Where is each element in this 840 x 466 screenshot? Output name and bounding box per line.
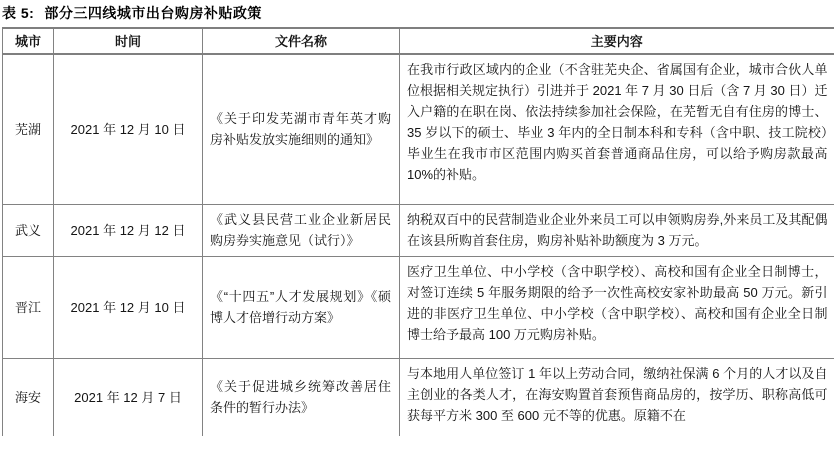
column-header-date: 时间	[54, 28, 203, 54]
content-cell: 纳税双百中的民营制造业企业外来员工可以申领购房券,外来员工及其配偶在该县所购首套…	[400, 204, 834, 256]
date-cell: 2021 年 12 月 10 日	[54, 54, 203, 204]
city-cell: 晋江	[3, 256, 54, 358]
table-title-text: 部分三四线城市出台购房补贴政策	[44, 5, 262, 21]
table-title: 表 5:部分三四线城市出台购房补贴政策	[2, 3, 262, 23]
column-header-content: 主要内容	[400, 28, 834, 54]
header-row: 城市 时间 文件名称 主要内容	[3, 28, 834, 54]
table-row-haian: 海安 2021 年 12 月 7 日 《关于促进城乡统筹改善居住条件的暂行办法》…	[3, 358, 834, 436]
content-cell: 与本地用人单位签订 1 年以上劳动合同，缴纳社保满 6 个月的人才以及自主创业的…	[400, 358, 834, 436]
column-header-city: 城市	[3, 28, 54, 54]
content-cell: 在我市行政区域内的企业（不含驻芜央企、省属国有企业，城市合伙人单位根据相关规定执…	[400, 54, 834, 204]
city-cell: 武义	[3, 204, 54, 256]
table-row-wuhu: 芜湖 2021 年 12 月 10 日 《关于印发芜湖市青年英才购房补贴发放实施…	[3, 54, 834, 204]
city-cell: 海安	[3, 358, 54, 436]
document-cell: 《武义县民营工业企业新居民购房券实施意见（试行）》	[203, 204, 400, 256]
content-cell: 医疗卫生单位、中小学校（含中职学校）、高校和国有企业全日制博士，对签订连续 5 …	[400, 256, 834, 358]
column-header-document: 文件名称	[203, 28, 400, 54]
date-cell: 2021 年 12 月 12 日	[54, 204, 203, 256]
date-cell: 2021 年 12 月 7 日	[54, 358, 203, 436]
document-cell: 《关于促进城乡统筹改善居住条件的暂行办法》	[203, 358, 400, 436]
table-number-label: 表 5:	[2, 5, 34, 21]
table-row-jinjiang: 晋江 2021 年 12 月 10 日 《“十四五”人才发展规划》《硕博人才倍增…	[3, 256, 834, 358]
document-cell: 《“十四五”人才发展规划》《硕博人才倍增行动方案》	[203, 256, 400, 358]
policy-table: 城市 时间 文件名称 主要内容 芜湖 2021 年 12 月 10 日 《关于印…	[2, 27, 834, 436]
city-cell: 芜湖	[3, 54, 54, 204]
document-cell: 《关于印发芜湖市青年英才购房补贴发放实施细则的通知》	[203, 54, 400, 204]
report-page: 表 5:部分三四线城市出台购房补贴政策 城市 时间 文件名称 主要内容 芜湖 2…	[0, 0, 840, 466]
table-row-wuyi: 武义 2021 年 12 月 12 日 《武义县民营工业企业新居民购房券实施意见…	[3, 204, 834, 256]
date-cell: 2021 年 12 月 10 日	[54, 256, 203, 358]
